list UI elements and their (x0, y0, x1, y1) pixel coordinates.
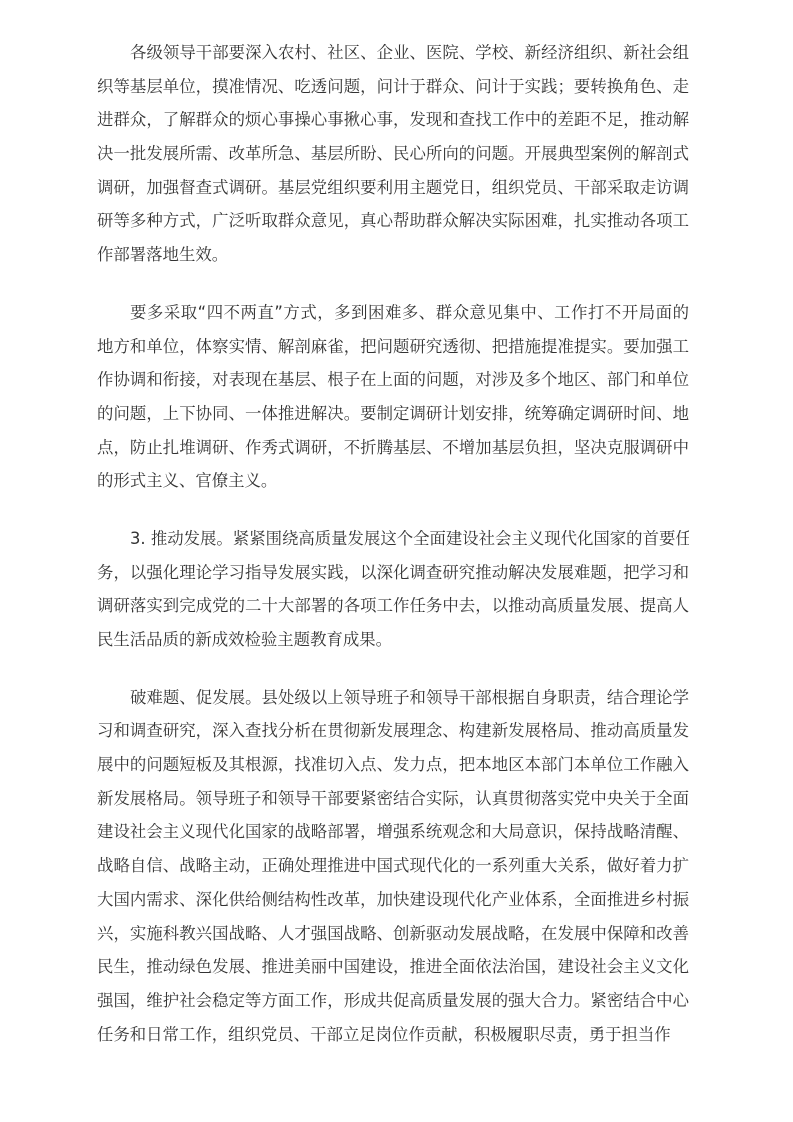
paragraph-line: 任务和日常工作，组织党员、干部立足岗位作贡献，积极履职尽责，勇于担当作 (97, 1018, 689, 1052)
paragraph-line: 展中的问题短板及其根源，找准切入点、发力点，把本地区本部门本单位工作融入 (97, 748, 689, 782)
paragraph-line: 的形式主义、官僚主义。 (97, 464, 689, 498)
paragraph-line: 调研，加强督查式调研。基层党组织要利用主题党日，组织党员、干部采取走访调 (97, 171, 689, 205)
document-page: 各级领导干部要深入农村、社区、企业、医院、学校、新经济组织、新社会组 织等基层单… (97, 36, 689, 1075)
paragraph-line: 大国内需求、深化供给侧结构性改革，加快建设现代化产业体系，全面推进乡村振 (97, 883, 689, 917)
paragraph-solve-problems: 破难题、促发展。县处级以上领导班子和领导干部根据自身职责，结合理论学 习和调查研… (97, 681, 689, 1052)
paragraph-line: 点，防止扎堆调研、作秀式调研，不折腾基层、不增加基层负担，坚决克服调研中 (97, 431, 689, 465)
paragraph-line: 战略自信、战略主动，正确处理推进中国式现代化的一系列重大关系，做好着力扩 (97, 849, 689, 883)
paragraph-line: 作协调和衔接，对表现在基层、根子在上面的问题，对涉及多个地区、部门和单位 (97, 363, 689, 397)
paragraph-line: 强国，维护社会稳定等方面工作，形成共促高质量发展的强大合力。紧密结合中心 (97, 984, 689, 1018)
paragraph-line: 决一批发展所需、改革所急、基层所盼、民心所向的问题。开展典型案例的解剖式 (97, 137, 689, 171)
paragraph-line: 的问题，上下协同、一体推进解决。要制定调研计划安排，统筹确定调研时间、地 (97, 397, 689, 431)
paragraph-line: 研等多种方式，广泛听取群众意见，真心帮助群众解决实际困难，扎实推动各项工 (97, 204, 689, 238)
paragraph-line: 地方和单位，体察实情、解剖麻雀，把问题研究透彻、把措施提准提实。要加强工 (97, 330, 689, 364)
paragraph-line: 各级领导干部要深入农村、社区、企业、医院、学校、新经济组织、新社会组 (97, 36, 689, 70)
section-3-promote-development: 3. 推动发展。紧紧围绕高质量发展这个全面建设社会主义现代化国家的首要任 务，以… (97, 522, 689, 657)
paragraph-line: 建设社会主义现代化国家的战略部署，增强系统观念和大局意识，保持战略清醒、 (97, 815, 689, 849)
paragraph-line: 调研落实到完成党的二十大部署的各项工作任务中去，以推动高质量发展、提高人 (97, 589, 689, 623)
paragraph-line: 织等基层单位，摸准情况、吃透问题，问计于群众、问计于实践；要转换角色、走 (97, 70, 689, 104)
paragraph-four-nots-two-directs: 要多采取“四不两直”方式，多到困难多、群众意见集中、工作打不开局面的 地方和单位… (97, 296, 689, 498)
paragraph-line: 民生，推动绿色发展、推进美丽中国建设，推进全面依法治国，建设社会主义文化 (97, 950, 689, 984)
paragraph-line: 作部署落地生效。 (97, 238, 689, 272)
paragraph-line: 民生活品质的新成效检验主题教育成果。 (97, 623, 689, 657)
paragraph-line: 务，以强化理论学习指导发展实践，以深化调查研究推动解决发展难题，把学习和 (97, 556, 689, 590)
paragraph-line: 破难题、促发展。县处级以上领导班子和领导干部根据自身职责，结合理论学 (97, 681, 689, 715)
section-heading-line: 3. 推动发展。紧紧围绕高质量发展这个全面建设社会主义现代化国家的首要任 (97, 522, 689, 556)
paragraph-grassroots-research: 各级领导干部要深入农村、社区、企业、医院、学校、新经济组织、新社会组 织等基层单… (97, 36, 689, 272)
paragraph-line: 习和调查研究，深入查找分析在贯彻新发展理念、构建新发展格局、推动高质量发 (97, 714, 689, 748)
paragraph-line: 兴，实施科教兴国战略、人才强国战略、创新驱动发展战略，在发展中保障和改善 (97, 917, 689, 951)
paragraph-line: 新发展格局。领导班子和领导干部要紧密结合实际，认真贯彻落实党中央关于全面 (97, 782, 689, 816)
paragraph-line: 进群众，了解群众的烦心事操心事揪心事，发现和查找工作中的差距不足，推动解 (97, 103, 689, 137)
paragraph-line: 要多采取“四不两直”方式，多到困难多、群众意见集中、工作打不开局面的 (97, 296, 689, 330)
